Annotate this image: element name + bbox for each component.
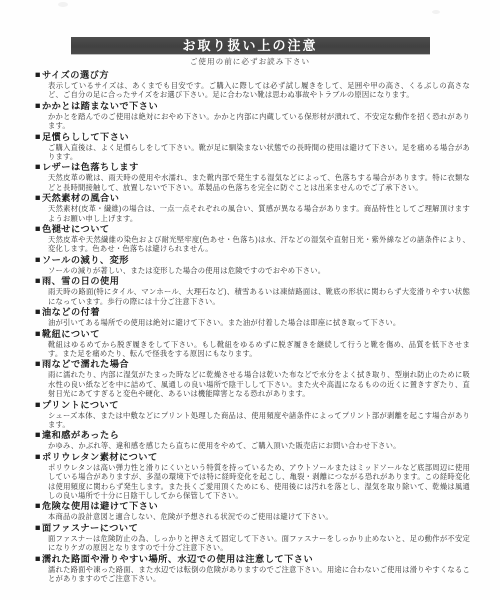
section-body-text: 天然素材(皮革・繊維)の場合は、一点一点それぞれの風合い、質感が異なる場合があり… (48, 204, 470, 223)
section-body-text: 表示しているサイズは、あくまでも目安です。ご購入に際しては必ず試し履きをして、足… (48, 81, 470, 100)
square-bullet-icon: ■ (35, 328, 41, 339)
section-heading-text: 違和感があったら (42, 430, 119, 440)
section-heading: ■危険な使用は避けて下さい (35, 501, 470, 512)
notice-section: ■レザーは色落ちします 天然皮革の靴は、雨天時の使用や水濡れ、また靴内部で発生す… (35, 162, 470, 192)
notice-section: ■雨、雪の日の使用 雨天時の路面(特にタイル、マンホール、大理石など)、積雪ある… (35, 276, 470, 306)
square-bullet-icon: ■ (35, 276, 41, 287)
section-heading: ■濡れた路面や滑りやすい場所、水辺での使用は注意して下さい (35, 554, 470, 565)
square-bullet-icon: ■ (35, 359, 41, 370)
notice-section: ■天然素材の風合い 天然素材(皮革・繊維)の場合は、一点一点それぞれの風合い、質… (35, 193, 470, 223)
square-bullet-icon: ■ (35, 501, 41, 512)
notice-section: ■靴紐について 靴紐はゆるめてから脱ぎ履きをして下さい。もし靴紐をゆるめずに脱ぎ… (35, 329, 470, 359)
title-bar: お取り扱い上の注意 (71, 37, 430, 54)
page-title: お取り扱い上の注意 (182, 38, 317, 53)
section-heading: ■天然素材の風合い (35, 193, 470, 204)
square-bullet-icon: ■ (35, 430, 41, 441)
section-heading-text: プリントについて (42, 400, 119, 410)
section-heading: ■ソールの減り、変形 (35, 255, 470, 266)
section-body-text: 面ファスナーは危険防止の為、しっかりと押さえて固定して下さい。面ファスナーをしっ… (48, 534, 470, 553)
section-body-text: 雨天時の路面(特にタイル、マンホール、大理石など)、積雪あるいは凍結路面は、靴底… (48, 287, 470, 306)
section-heading: ■かかとは踏まないで下さい (35, 101, 470, 112)
square-bullet-icon: ■ (35, 70, 41, 81)
sections-list: ■サイズの選び方 表示しているサイズは、あくまでも目安です。ご購入に際しては必ず… (0, 70, 500, 583)
section-heading: ■ポリウレタン素材について (35, 452, 470, 463)
notice-section: ■油などの付着 油が引いてある場所での使用は絶対に避けて下さい。また油が付着した… (35, 307, 470, 327)
section-body-text: 靴紐はゆるめてから脱ぎ履きをして下さい。もし靴紐をゆるめずに脱ぎ履きを継続して行… (48, 340, 470, 359)
section-heading-text: ポリウレタン素材について (42, 452, 158, 462)
section-heading-text: 雨などで濡れた場合 (42, 359, 129, 369)
notice-section: ■色褪せについて 天然皮革や天然繊維の染色および耐光堅牢度(色あせ・色落ち)は水… (35, 224, 470, 254)
square-bullet-icon: ■ (35, 307, 41, 318)
square-bullet-icon: ■ (35, 254, 41, 265)
notice-section: ■サイズの選び方 表示しているサイズは、あくまでも目安です。ご購入に際しては必ず… (35, 70, 470, 100)
scan-artifact (58, 2, 68, 7)
section-heading-text: 色褪せについて (42, 224, 110, 234)
section-body-text: 天然皮革や天然繊維の染色および耐光堅牢度(色あせ・色落ち)は水、汗などの湿気や直… (48, 235, 470, 254)
section-body-text: ポリウレタンは高い弾力性と滑りにくいという特質を持っているため、アウトソールまた… (48, 463, 470, 501)
document-page: お取り扱い上の注意 ご使用の前に必ずお読み下さい ■サイズの選び方 表示している… (0, 0, 500, 600)
section-heading: ■レザーは色落ちします (35, 162, 470, 173)
notice-section: ■プリントについて シューズ本体、または中敷などにプリント処理した商品は、使用頻… (35, 400, 470, 430)
section-heading: ■面ファスナーについて (35, 523, 470, 534)
square-bullet-icon: ■ (35, 162, 41, 173)
notice-section: ■雨などで濡れた場合 雨に濡れたり、内部に湿気がたまった時などに乾燥させる場合は… (35, 359, 470, 398)
scan-artifact (432, 10, 440, 14)
section-heading-text: 危険な使用は避けて下さい (42, 501, 158, 511)
section-body-text: かゆみ、かぶれ等、違和感を感じたら直ちに使用をやめて、ご購入頂いた販売店にお問い… (48, 441, 470, 450)
section-heading-text: ソールの減り、変形 (42, 255, 129, 265)
section-body-text: かかとを踏んでのご使用は絶対におやめ下さい。かかと内部に内蔵している保形材が潰れ… (48, 112, 470, 131)
section-heading: ■雨、雪の日の使用 (35, 276, 470, 287)
section-heading-text: サイズの選び方 (42, 70, 109, 80)
section-heading: ■違和感があったら (35, 430, 470, 441)
square-bullet-icon: ■ (35, 131, 41, 142)
notice-section: ■足慣らしして下さい ご購入直後は、よく足慣らしをして下さい。靴が足に馴染まない… (35, 132, 470, 162)
section-heading-text: 天然素材の風合い (42, 193, 120, 203)
square-bullet-icon: ■ (35, 522, 41, 533)
section-heading-text: レザーは色落ちします (42, 162, 139, 172)
notice-section: ■ソールの減り、変形 ソールの減りが著しい、または変形した場合の使用は危険ですの… (35, 255, 470, 275)
square-bullet-icon: ■ (35, 224, 41, 235)
notice-section: ■濡れた路面や滑りやすい場所、水辺での使用は注意して下さい 濡れた路面や凍った路… (35, 554, 470, 584)
section-heading-text: 面ファスナーについて (42, 523, 138, 533)
section-heading: ■色褪せについて (35, 224, 470, 235)
section-heading: ■足慣らしして下さい (35, 132, 470, 143)
section-heading-text: 濡れた路面や滑りやすい場所、水辺での使用は注意して下さい (42, 554, 313, 564)
section-heading-text: 足慣らしして下さい (42, 132, 129, 142)
square-bullet-icon: ■ (35, 100, 41, 111)
section-body-text: 天然皮革の靴は、雨天時の使用や水濡れ、また靴内部で発生する湿気などによって、色落… (48, 173, 470, 192)
square-bullet-icon: ■ (35, 451, 41, 462)
section-heading: ■油などの付着 (35, 307, 470, 318)
section-body-text: ソールの減りが著しい、または変形した場合の使用は危険ですのでおやめ下さい。 (48, 266, 470, 275)
section-heading-text: かかとは踏まないで下さい (42, 101, 158, 111)
section-body-text: 本商品の設計意図と適合しない、危険が予想される状況でのご使用は避けて下さい。 (48, 512, 470, 521)
section-heading: ■プリントについて (35, 400, 470, 411)
square-bullet-icon: ■ (35, 399, 41, 410)
square-bullet-icon: ■ (35, 553, 41, 564)
section-heading-text: 靴紐について (42, 329, 100, 339)
section-heading: ■サイズの選び方 (35, 70, 470, 81)
section-heading: ■雨などで濡れた場合 (35, 359, 470, 370)
notice-section: ■違和感があったら かゆみ、かぶれ等、違和感を感じたら直ちに使用をやめて、ご購入… (35, 430, 470, 450)
section-heading: ■靴紐について (35, 329, 470, 340)
section-body-text: シューズ本体、または中敷などにプリント処理した商品は、使用頻度や諸条件によってプ… (48, 411, 470, 430)
notice-section: ■かかとは踏まないで下さい かかとを踏んでのご使用は絶対におやめ下さい。かかと内… (35, 101, 470, 131)
section-body-text: ご購入直後は、よく足慣らしをして下さい。靴が足に馴染まない状態での長時間の使用は… (48, 143, 470, 162)
section-body-text: 濡れた路面や凍った路面、また水辺では転倒の危険がありますのでご注意下さい。用途に… (48, 565, 470, 584)
section-heading-text: 雨、雪の日の使用 (42, 276, 120, 286)
section-body-text: 雨に濡れたり、内部に湿気がたまった時などに乾燥させる場合は乾いた布などで水分をよ… (48, 370, 470, 398)
square-bullet-icon: ■ (35, 193, 41, 204)
notice-section: ■面ファスナーについて 面ファスナーは危険防止の為、しっかりと押さえて固定して下… (35, 523, 470, 553)
notice-section: ■危険な使用は避けて下さい 本商品の設計意図と適合しない、危険が予想される状況で… (35, 501, 470, 521)
page-subtitle: ご使用の前に必ずお読み下さい (0, 56, 500, 67)
section-heading-text: 油などの付着 (42, 307, 100, 317)
section-body-text: 油が引いてある場所での使用は絶対に避けて下さい。また油が付着した場合は即座に拭き… (48, 318, 470, 327)
notice-section: ■ポリウレタン素材について ポリウレタンは高い弾力性と滑りにくいという特質を持っ… (35, 452, 470, 501)
